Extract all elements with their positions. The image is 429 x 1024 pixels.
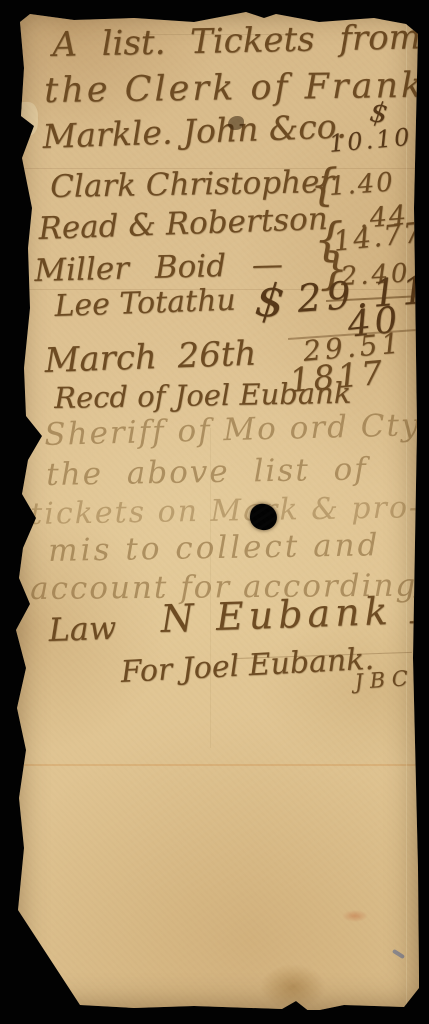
paper-sheet: A list. Tickets from the Clerk of Frankl… bbox=[14, 8, 420, 1010]
edge-shading bbox=[14, 8, 420, 1010]
scanned-document: A list. Tickets from the Clerk of Frankl… bbox=[0, 0, 429, 1024]
